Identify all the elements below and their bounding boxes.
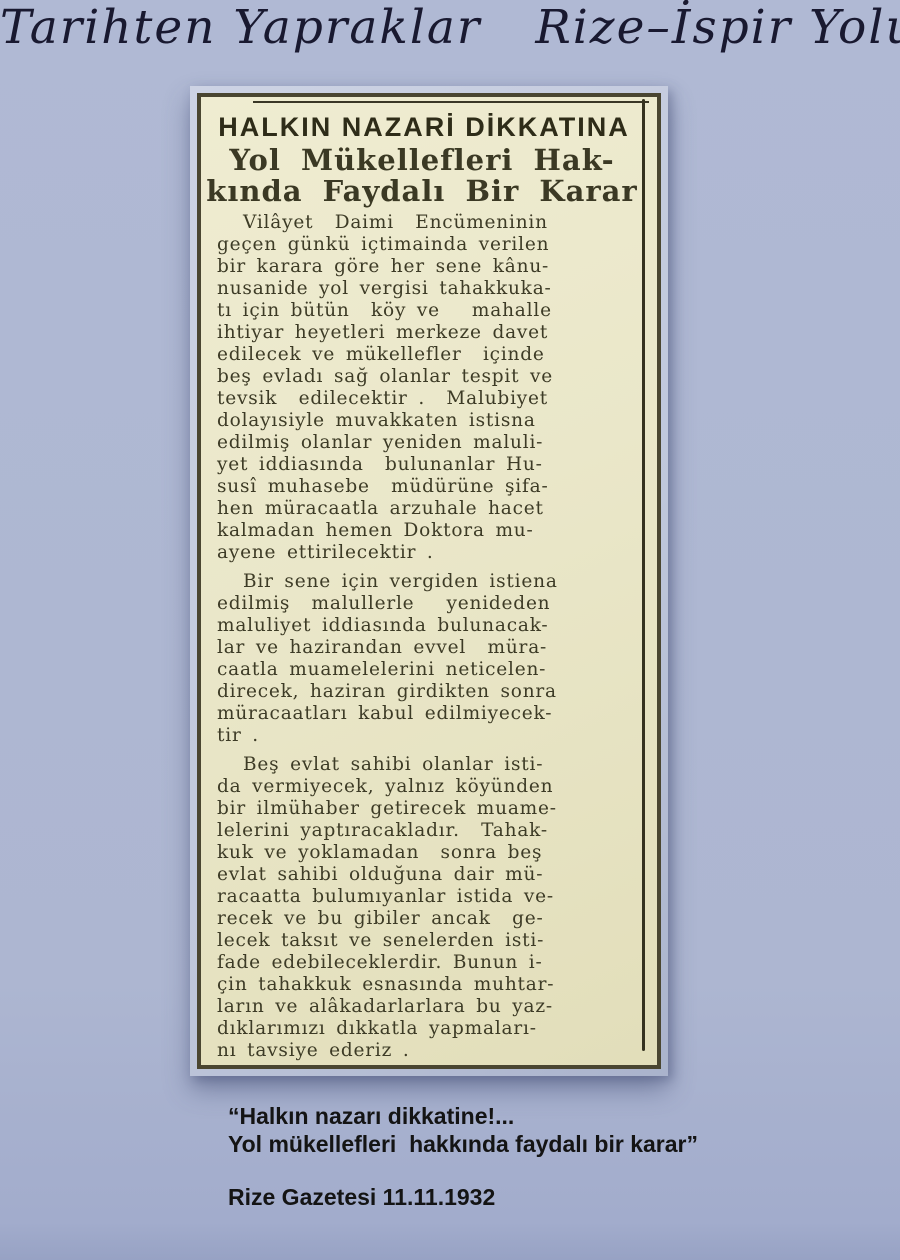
title-left: Tarihten Yapraklar [0,0,481,55]
newspaper-clipping-photo: HALKIN NAZARİ DİKKATINA Yol Mükellefleri… [190,86,668,1076]
column-rule [642,99,645,1051]
clipping-subtitle-line1: Yol Mükellefleri Hak- [201,145,643,176]
page-background: Tarihten YapraklarRize–İspir Yolu HALKIN… [0,0,900,1260]
caption-quote-line2: Yol mükellefleri hakkında faydalı bir ka… [228,1130,698,1158]
title-right: Rize–İspir Yolu [535,0,900,55]
article-paragraph-1: Vilâyet Daimi Encümeninin geçen günkü iç… [217,212,627,564]
caption-quote-line1: “Halkın nazarı dikkatine!... [228,1102,698,1130]
page-title: Tarihten YapraklarRize–İspir Yolu [0,0,900,70]
headline-top-rule [253,101,649,103]
article-paragraph-3: Beş evlat sahibi olanlar isti- da vermiy… [217,754,627,1062]
clipping-subtitle: Yol Mükellefleri Hak- kında Faydalı Bir … [201,145,643,207]
clipping-subtitle-line2: kında Faydalı Bir Karar [201,176,643,207]
caption-source: Rize Gazetesi 11.11.1932 [228,1184,698,1211]
clipping-headline: HALKIN NAZARİ DİKKATINA [201,112,647,143]
newspaper-paper: HALKIN NAZARİ DİKKATINA Yol Mükellefleri… [201,97,657,1065]
article-body: Vilâyet Daimi Encümeninin geçen günkü iç… [217,212,627,1062]
article-paragraph-2: Bir sene için vergiden istiena edilmiş m… [217,571,627,747]
photo-caption: “Halkın nazarı dikkatine!... Yol mükelle… [228,1102,698,1211]
clipping-dark-edge: HALKIN NAZARİ DİKKATINA Yol Mükellefleri… [197,93,661,1069]
caption-quote: “Halkın nazarı dikkatine!... Yol mükelle… [228,1102,698,1158]
